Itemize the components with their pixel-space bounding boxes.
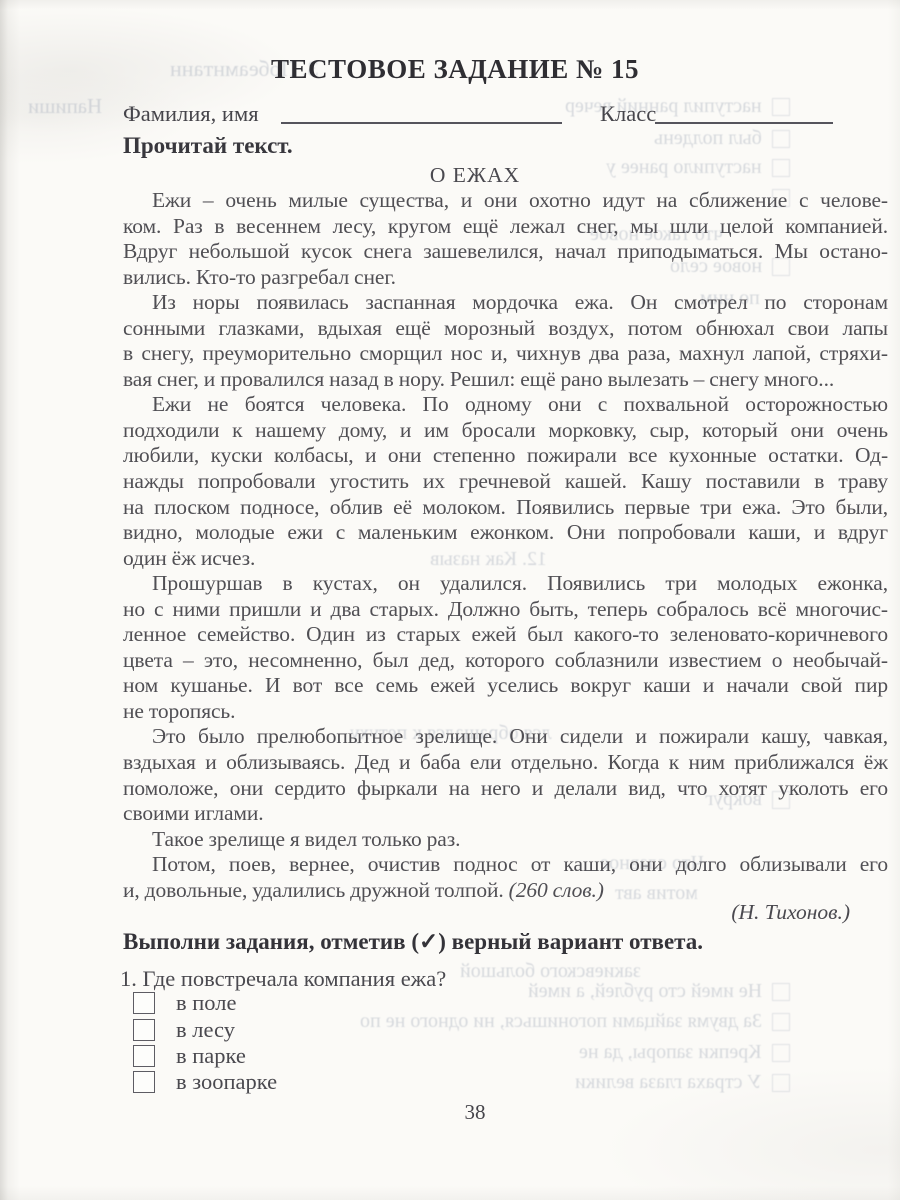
text-line-content: Это было прелюбопытное зрелище. Они сиде…	[152, 724, 888, 748]
bleed-through-fragment: Крепки запоры, да не	[430, 1041, 790, 1064]
surname-label: Фамилия, имя	[123, 101, 259, 127]
bleed-through-text: Крепки запоры, да не	[579, 1041, 762, 1064]
text-line: Ежи не боятся человека. По одному они с …	[123, 392, 888, 418]
text-line-content: в снегу, преуморительно сморщил нос и, ч…	[123, 341, 888, 365]
bleed-through-text: У страха глаза велики	[575, 1071, 762, 1094]
bleed-through-fragment: Не имей сто рублей, а имей	[420, 980, 790, 1003]
text-line: видно, молодые ежи с маленьким ежонком. …	[123, 520, 888, 546]
worksheet-page: 3. ПобеамнтаннНапишинаступил ранний вече…	[0, 0, 900, 1200]
task-instruction: Выполни задания, отметив (✓) верный вари…	[123, 929, 703, 955]
answer-checkbox[interactable]	[133, 1045, 155, 1067]
bleed-through-fragment: был полдень	[585, 127, 790, 150]
text-line-content: Прошуршав в кустах, он удалился. Появили…	[152, 571, 888, 595]
reading-text-title: О ЕЖАХ	[0, 163, 900, 188]
text-line-content: Такое зрелище я видел только раз.	[152, 827, 460, 851]
text-line: вая снег, и провалился назад в нору. Реш…	[123, 367, 888, 393]
text-line: цвета – это, несомненно, был дед, которо…	[123, 648, 888, 674]
text-line-content: не торопясь.	[123, 699, 235, 723]
answer-option-label: в поле	[176, 990, 236, 1016]
text-line: Из норы появилась заспанная мордочка ежа…	[123, 290, 888, 316]
text-line-content: вились. Кто-то разгребал снег.	[123, 265, 396, 289]
text-line: подходили к нашему дому, и им бросали мо…	[123, 418, 888, 444]
text-line: один ёж исчез.	[123, 546, 888, 572]
bleed-through-fragment: У страха глаза велики	[440, 1071, 790, 1094]
class-input-line[interactable]	[655, 100, 833, 124]
answer-checkbox[interactable]	[133, 992, 155, 1014]
text-line: Потом, поев, вернее, очистив поднос от к…	[123, 852, 888, 878]
text-line-content: ком. Раз в весеннем лесу, кругом ещё леж…	[123, 214, 888, 238]
text-line-content: Потом, поев, вернее, очистив поднос от к…	[152, 852, 888, 876]
text-line: вились. Кто-то разгребал снег.	[123, 265, 888, 291]
bleed-through-checkbox	[772, 1074, 790, 1092]
text-line: вздыхая и облизываясь. Дед и баба ели от…	[123, 750, 888, 776]
class-label: Класс	[600, 101, 656, 127]
reading-text: Ежи – очень милые существа, и они охотно…	[123, 188, 888, 903]
text-line: Такое зрелище я видел только раз.	[123, 827, 888, 853]
text-line-content: нажды попробовали угостить их гречневой …	[123, 469, 888, 493]
answer-checkbox[interactable]	[133, 1019, 155, 1041]
text-line: нажды попробовали угостить их гречневой …	[123, 469, 888, 495]
text-line: Это было прелюбопытное зрелище. Они сиде…	[123, 724, 888, 750]
text-line-content: своими иглами.	[123, 801, 264, 825]
page-number: 38	[0, 1100, 900, 1125]
answer-option-label: в зоопарке	[176, 1069, 277, 1095]
text-line: помоложе, они сердито фыркали на него и …	[123, 776, 888, 802]
text-line: сонными глазками, вдыхая ещё морозный во…	[123, 316, 888, 342]
text-line-content: вздыхая и облизываясь. Дед и баба ели от…	[123, 750, 888, 774]
text-line-content: но с ними пришли и два старых. Должно бы…	[123, 597, 888, 621]
bleed-through-text: закиевского большой	[460, 960, 641, 983]
text-line-content: видно, молодые ежи с маленьким ежонком. …	[123, 520, 888, 544]
read-instruction: Прочитай текст.	[123, 133, 293, 159]
text-line-content: один ёж исчез.	[123, 546, 255, 570]
answer-option: в лесу	[133, 1016, 277, 1042]
text-line-content: ном кушанье. И вот все семь ежей уселись…	[123, 673, 888, 697]
answer-option: в зоопарке	[133, 1069, 277, 1095]
text-line-content: Из норы появилась заспанная мордочка ежа…	[152, 290, 888, 314]
bleed-through-checkbox	[772, 1013, 790, 1031]
text-line-content: ленное семейство. Один из старых ежей бы…	[123, 622, 888, 646]
text-line: но с ними пришли и два старых. Должно бы…	[123, 597, 888, 623]
text-line: своими иглами.	[123, 801, 888, 827]
text-line-content: и, довольные, удалились дружной толпой.	[123, 878, 504, 902]
text-line-content: на плоском подносе, облив её молоком. По…	[123, 495, 888, 519]
answer-options: в полев лесув паркев зоопарке	[133, 990, 277, 1096]
text-line-content: подходили к нашему дому, и им бросали мо…	[123, 418, 888, 442]
text-line: Вдруг небольшой кусок снега зашевелился,…	[123, 239, 888, 265]
text-line: в снегу, преуморительно сморщил нос и, ч…	[123, 341, 888, 367]
text-line-content: сонными глазками, вдыхая ещё морозный во…	[123, 316, 888, 340]
bleed-through-checkbox	[772, 1044, 790, 1062]
text-line-content: Ежи – очень милые существа, и они охотно…	[152, 188, 888, 212]
author-attribution: (Н. Тихонов.)	[123, 900, 850, 925]
text-line: любили, куски колбасы, и они степенно по…	[123, 443, 888, 469]
bleed-through-checkbox	[772, 130, 790, 148]
page-title: ТЕСТОВОЕ ЗАДАНИЕ № 15	[0, 54, 900, 85]
bleed-through-text: За двумя зайцами погонишься, ни одного н…	[360, 1010, 762, 1033]
answer-option-label: в лесу	[176, 1017, 235, 1043]
bleed-through-fragment: За двумя зайцами погонишься, ни одного н…	[360, 1010, 790, 1033]
bleed-through-checkbox	[772, 983, 790, 1001]
text-line: на плоском подносе, облив её молоком. По…	[123, 495, 888, 521]
text-line-content: Вдруг небольшой кусок снега зашевелился,…	[123, 239, 888, 263]
text-line: ком. Раз в весеннем лесу, кругом ещё леж…	[123, 214, 888, 240]
question-1: 1. Где повстречала компания ежа?	[120, 966, 446, 992]
bleed-through-text: Не имей сто рублей, а имей	[528, 980, 762, 1003]
text-line: ном кушанье. И вот все семь ежей уселись…	[123, 673, 888, 699]
answer-option: в поле	[133, 990, 277, 1016]
text-line-content: цвета – это, несомненно, был дед, которо…	[123, 648, 888, 672]
bleed-through-text: Напиши	[28, 94, 102, 119]
bleed-through-text: был полдень	[654, 127, 762, 150]
text-line: Прошуршав в кустах, он удалился. Появили…	[123, 571, 888, 597]
word-count-note: (260 слов.)	[509, 878, 604, 902]
answer-option-label: в парке	[176, 1043, 246, 1069]
answer-option: в парке	[133, 1043, 277, 1069]
text-line-content: любили, куски колбасы, и они степенно по…	[123, 443, 888, 467]
text-line: не торопясь.	[123, 699, 888, 725]
surname-input-line[interactable]	[281, 100, 562, 124]
text-line-content: Ежи не боятся человека. По одному они с …	[152, 392, 888, 416]
text-line-content: помоложе, они сердито фыркали на него и …	[123, 776, 888, 800]
text-line: ленное семейство. Один из старых ежей бы…	[123, 622, 888, 648]
text-line-content: вая снег, и провалился назад в нору. Реш…	[123, 367, 834, 391]
text-line: Ежи – очень милые существа, и они охотно…	[123, 188, 888, 214]
bleed-through-fragment: закиевского большой	[460, 960, 780, 983]
answer-checkbox[interactable]	[133, 1071, 155, 1093]
